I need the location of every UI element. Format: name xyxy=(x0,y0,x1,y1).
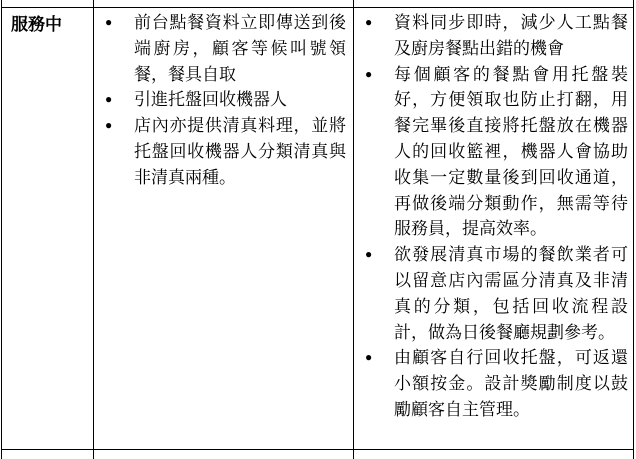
benefits-list: ● 資料同步即時，減少人工點餐及廚房餐點出錯的機會 ● 每個顧客的餐點會用托盤裝… xyxy=(354,10,633,423)
bullet-icon: ● xyxy=(354,345,394,371)
list-item-text: 資料同步即時，減少人工點餐及廚房餐點出錯的機會 xyxy=(394,10,633,62)
bullet-icon: ● xyxy=(354,62,394,88)
list-item: ● 店內亦提供清真料理，並將托盤回收機器人分類清真與非清真兩種。 xyxy=(94,113,353,190)
partial-top-cell-3 xyxy=(354,0,634,7)
services-cell: ● 前台點餐資料立即傳送到後端廚房，顧客等候叫號領餐，餐具自取 ● 引進托盤回收… xyxy=(94,8,354,449)
list-item-text: 由顧客自行回收托盤，可返還小額按金。設計獎勵制度以鼓勵顧客自主管理。 xyxy=(394,345,633,422)
list-item: ● 每個顧客的餐點會用托盤裝好，方便領取也防止打翻，用餐完畢後直接將托盤放在機器… xyxy=(354,62,633,243)
bullet-icon: ● xyxy=(94,87,134,113)
list-item: ● 引進托盤回收機器人 xyxy=(94,87,353,113)
bullet-icon: ● xyxy=(354,242,394,268)
table-row-partial-top xyxy=(1,0,634,7)
stage-label: 服務中 xyxy=(11,15,62,34)
list-item-text: 店內亦提供清真料理，並將托盤回收機器人分類清真與非清真兩種。 xyxy=(134,113,353,190)
stage-label-cell: 服務中 xyxy=(2,8,94,449)
partial-bottom-cell-3 xyxy=(354,450,634,459)
bullet-icon: ● xyxy=(94,10,134,36)
list-item: ● 資料同步即時，減少人工點餐及廚房餐點出錯的機會 xyxy=(354,10,633,62)
services-list: ● 前台點餐資料立即傳送到後端廚房，顧客等候叫號領餐，餐具自取 ● 引進托盤回收… xyxy=(94,10,353,191)
table-row-service-stage: 服務中 ● 前台點餐資料立即傳送到後端廚房，顧客等候叫號領餐，餐具自取 ● 引進… xyxy=(1,7,634,450)
document-table: 服務中 ● 前台點餐資料立即傳送到後端廚房，顧客等候叫號領餐，餐具自取 ● 引進… xyxy=(1,0,634,459)
partial-bottom-cell-1 xyxy=(2,450,94,459)
list-item: ● 前台點餐資料立即傳送到後端廚房，顧客等候叫號領餐，餐具自取 xyxy=(94,10,353,87)
table-row-partial-bottom xyxy=(1,450,634,459)
list-item-text: 前台點餐資料立即傳送到後端廚房，顧客等候叫號領餐，餐具自取 xyxy=(134,10,353,87)
list-item-text: 欲發展清真市場的餐飲業者可以留意店內需區分清真及非清真的分類，包括回收流程設計，… xyxy=(394,242,633,345)
partial-top-cell-2 xyxy=(94,0,354,7)
list-item-text: 引進托盤回收機器人 xyxy=(134,87,353,113)
list-item-text: 每個顧客的餐點會用托盤裝好，方便領取也防止打翻，用餐完畢後直接將托盤放在機器人的… xyxy=(394,62,633,243)
list-item: ● 由顧客自行回收托盤，可返還小額按金。設計獎勵制度以鼓勵顧客自主管理。 xyxy=(354,345,633,422)
bullet-icon: ● xyxy=(94,113,134,139)
list-item: ● 欲發展清真市場的餐飲業者可以留意店內需區分清真及非清真的分類，包括回收流程設… xyxy=(354,242,633,345)
partial-bottom-cell-2 xyxy=(94,450,354,459)
benefits-cell: ● 資料同步即時，減少人工點餐及廚房餐點出錯的機會 ● 每個顧客的餐點會用托盤裝… xyxy=(354,8,634,449)
bullet-icon: ● xyxy=(354,10,394,36)
partial-top-cell-1 xyxy=(2,0,94,7)
